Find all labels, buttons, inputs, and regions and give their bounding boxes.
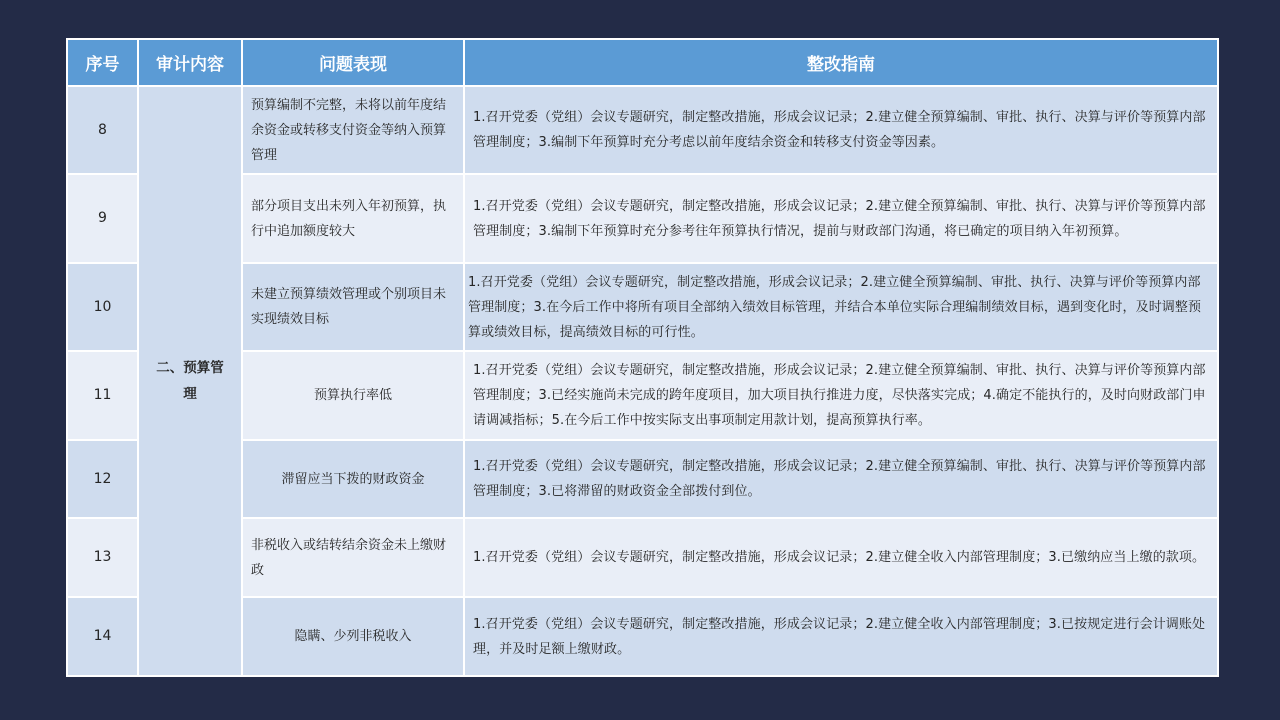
row-number: 10 bbox=[67, 263, 138, 351]
guide-cell: 1.召开党委（党组）会议专题研究，制定整改措施，形成会议记录；2.建立健全收入内… bbox=[464, 597, 1218, 676]
header-rectification-guide: 整改指南 bbox=[464, 39, 1218, 86]
problem-cell: 滞留应当下拨的财政资金 bbox=[242, 440, 464, 518]
row-number: 11 bbox=[67, 351, 138, 440]
audit-category: 二、预算管理 bbox=[155, 355, 225, 407]
row-number: 8 bbox=[67, 86, 138, 174]
table-header-row: 序号 审计内容 问题表现 整改指南 bbox=[67, 39, 1218, 86]
guide-cell: 1.召开党委（党组）会议专题研究，制定整改措施，形成会议记录；2.建立健全预算编… bbox=[464, 86, 1218, 174]
guide-cell: 1.召开党委（党组）会议专题研究，制定整改措施，形成会议记录；2.建立健全预算编… bbox=[464, 440, 1218, 518]
problem-cell: 非税收入或结转结余资金未上缴财政 bbox=[242, 518, 464, 597]
table-row: 8 二、预算管理 预算编制不完整，未将以前年度结余资金或转移支付资金等纳入预算管… bbox=[67, 86, 1218, 174]
header-serial-no: 序号 bbox=[67, 39, 138, 86]
guide-cell: 1.召开党委（党组）会议专题研究，制定整改措施，形成会议记录；2.建立健全预算编… bbox=[464, 351, 1218, 440]
guide-cell: 1.召开党委（党组）会议专题研究，制定整改措施，形成会议记录；2.建立健全预算编… bbox=[464, 263, 1218, 351]
audit-category-cell: 二、预算管理 bbox=[138, 86, 242, 676]
problem-cell: 隐瞒、少列非税收入 bbox=[242, 597, 464, 676]
problem-cell: 预算执行率低 bbox=[242, 351, 464, 440]
guide-cell: 1.召开党委（党组）会议专题研究，制定整改措施，形成会议记录；2.建立健全收入内… bbox=[464, 518, 1218, 597]
problem-cell: 未建立预算绩效管理或个别项目未实现绩效目标 bbox=[242, 263, 464, 351]
header-audit-content: 审计内容 bbox=[138, 39, 242, 86]
row-number: 13 bbox=[67, 518, 138, 597]
guide-cell: 1.召开党委（党组）会议专题研究，制定整改措施，形成会议记录；2.建立健全预算编… bbox=[464, 174, 1218, 263]
problem-cell: 部分项目支出未列入年初预算，执行中追加额度较大 bbox=[242, 174, 464, 263]
audit-table-container: 序号 审计内容 问题表现 整改指南 8 二、预算管理 预算编制不完整，未将以前年… bbox=[66, 38, 1217, 675]
problem-cell: 预算编制不完整，未将以前年度结余资金或转移支付资金等纳入预算管理 bbox=[242, 86, 464, 174]
audit-rectification-table: 序号 审计内容 问题表现 整改指南 8 二、预算管理 预算编制不完整，未将以前年… bbox=[66, 38, 1219, 677]
row-number: 9 bbox=[67, 174, 138, 263]
row-number: 12 bbox=[67, 440, 138, 518]
header-problem: 问题表现 bbox=[242, 39, 464, 86]
row-number: 14 bbox=[67, 597, 138, 676]
